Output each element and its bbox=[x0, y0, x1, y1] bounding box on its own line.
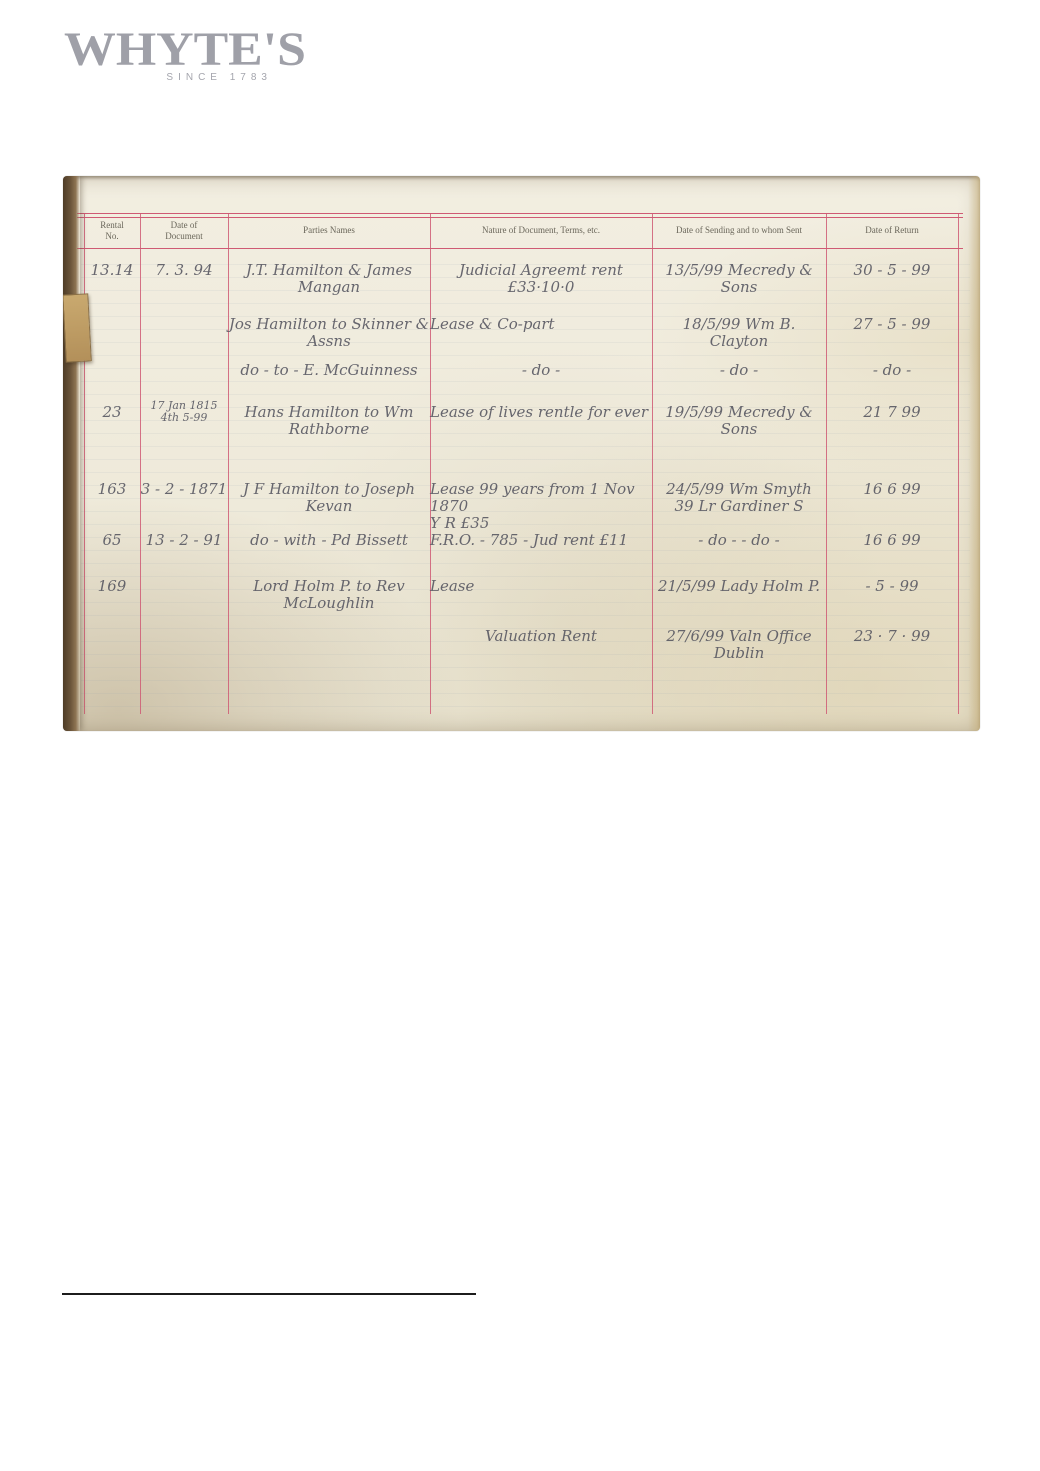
cell-return: - do - bbox=[826, 362, 958, 379]
cell-nature: F.R.O. - 785 - Jud rent £11 bbox=[430, 532, 652, 549]
cell-nature: Lease of lives rentle for ever bbox=[430, 404, 652, 421]
cell-nature: Lease 99 years from 1 Nov 1870 Y R £35 bbox=[430, 481, 652, 532]
cell-sending: 19/5/99 Mecredy & Sons bbox=[652, 404, 826, 438]
header-date-of-return: Date of Return bbox=[826, 225, 958, 236]
cell-date-of-document: 3 - 2 - 1871 bbox=[140, 481, 228, 498]
cell-nature: - do - bbox=[430, 362, 652, 379]
cell-return: 23 · 7 · 99 bbox=[826, 628, 958, 645]
cell-parties: J.T. Hamilton & James Mangan bbox=[228, 262, 430, 296]
table-top-rule-1 bbox=[77, 213, 963, 214]
cell-nature: Judicial Agreemt rent £33·10·0 bbox=[430, 262, 652, 296]
header-rental-no: Rental No. bbox=[84, 220, 140, 242]
cell-sending: 18/5/99 Wm B. Clayton bbox=[652, 316, 826, 350]
header-date-of-sending: Date of Sending and to whom Sent bbox=[652, 225, 826, 236]
footnote-rule bbox=[62, 1293, 476, 1295]
cell-return: 16 6 99 bbox=[826, 532, 958, 549]
cell-parties: Lord Holm P. to Rev McLoughlin bbox=[228, 578, 430, 612]
cell-sending: 13/5/99 Mecredy & Sons bbox=[652, 262, 826, 296]
cell-parties: J F Hamilton to Joseph Kevan bbox=[228, 481, 430, 515]
cell-rental-no: 163 bbox=[84, 481, 140, 498]
col-rule-left bbox=[84, 214, 85, 714]
cell-sending: - do - bbox=[652, 362, 826, 379]
cell-nature: Lease bbox=[430, 578, 652, 595]
cell-return: 21 7 99 bbox=[826, 404, 958, 421]
cell-return: - 5 - 99 bbox=[826, 578, 958, 595]
cell-parties: do - to - E. McGuinness bbox=[228, 362, 430, 379]
ledger-scan-image: Rental No. Date of Document Parties Name… bbox=[63, 176, 980, 731]
aged-page-right-edge bbox=[968, 176, 980, 731]
cell-sending: - do - - do - bbox=[652, 532, 826, 549]
cell-parties: Hans Hamilton to Wm Rathborne bbox=[228, 404, 430, 438]
cell-rental-no: 23 bbox=[84, 404, 140, 421]
cell-sending: 21/5/99 Lady Holm P. bbox=[652, 578, 826, 595]
cell-rental-no: 169 bbox=[84, 578, 140, 595]
binding-tab bbox=[63, 293, 92, 362]
header-parties-names: Parties Names bbox=[228, 225, 430, 236]
col-rule-1 bbox=[140, 214, 141, 714]
cell-return: 27 - 5 - 99 bbox=[826, 316, 958, 333]
table-top-rule-2 bbox=[77, 217, 963, 218]
cell-date-of-document: 17 Jan 1815 4th 5-99 bbox=[140, 400, 228, 424]
col-rule-right bbox=[958, 214, 959, 714]
header-date-of-document: Date of Document bbox=[140, 220, 228, 242]
cell-sending: 27/6/99 Valn Office Dublin bbox=[652, 628, 826, 662]
header-underline bbox=[77, 248, 963, 249]
logo-brand-text: WHYTE'S bbox=[64, 26, 291, 74]
whytes-logo: WHYTE'S SINCE 1783 bbox=[64, 26, 274, 83]
cell-return: 16 6 99 bbox=[826, 481, 958, 498]
cell-rental-no: 13.14 bbox=[84, 262, 140, 279]
cell-parties: do - with - Pd Bissett bbox=[228, 532, 430, 549]
cell-nature: Valuation Rent bbox=[430, 628, 652, 645]
cell-nature: Lease & Co-part bbox=[430, 316, 652, 333]
cell-date-of-document: 7. 3. 94 bbox=[140, 262, 228, 279]
cell-parties: Jos Hamilton to Skinner & Assns bbox=[228, 316, 430, 350]
header-nature-of-document: Nature of Document, Terms, etc. bbox=[430, 225, 652, 236]
cell-rental-no: 65 bbox=[84, 532, 140, 549]
cell-return: 30 - 5 - 99 bbox=[826, 262, 958, 279]
cell-date-of-document: 13 - 2 - 91 bbox=[140, 532, 228, 549]
book-binding-edge bbox=[63, 176, 80, 731]
cell-sending: 24/5/99 Wm Smyth 39 Lr Gardiner S bbox=[652, 481, 826, 515]
